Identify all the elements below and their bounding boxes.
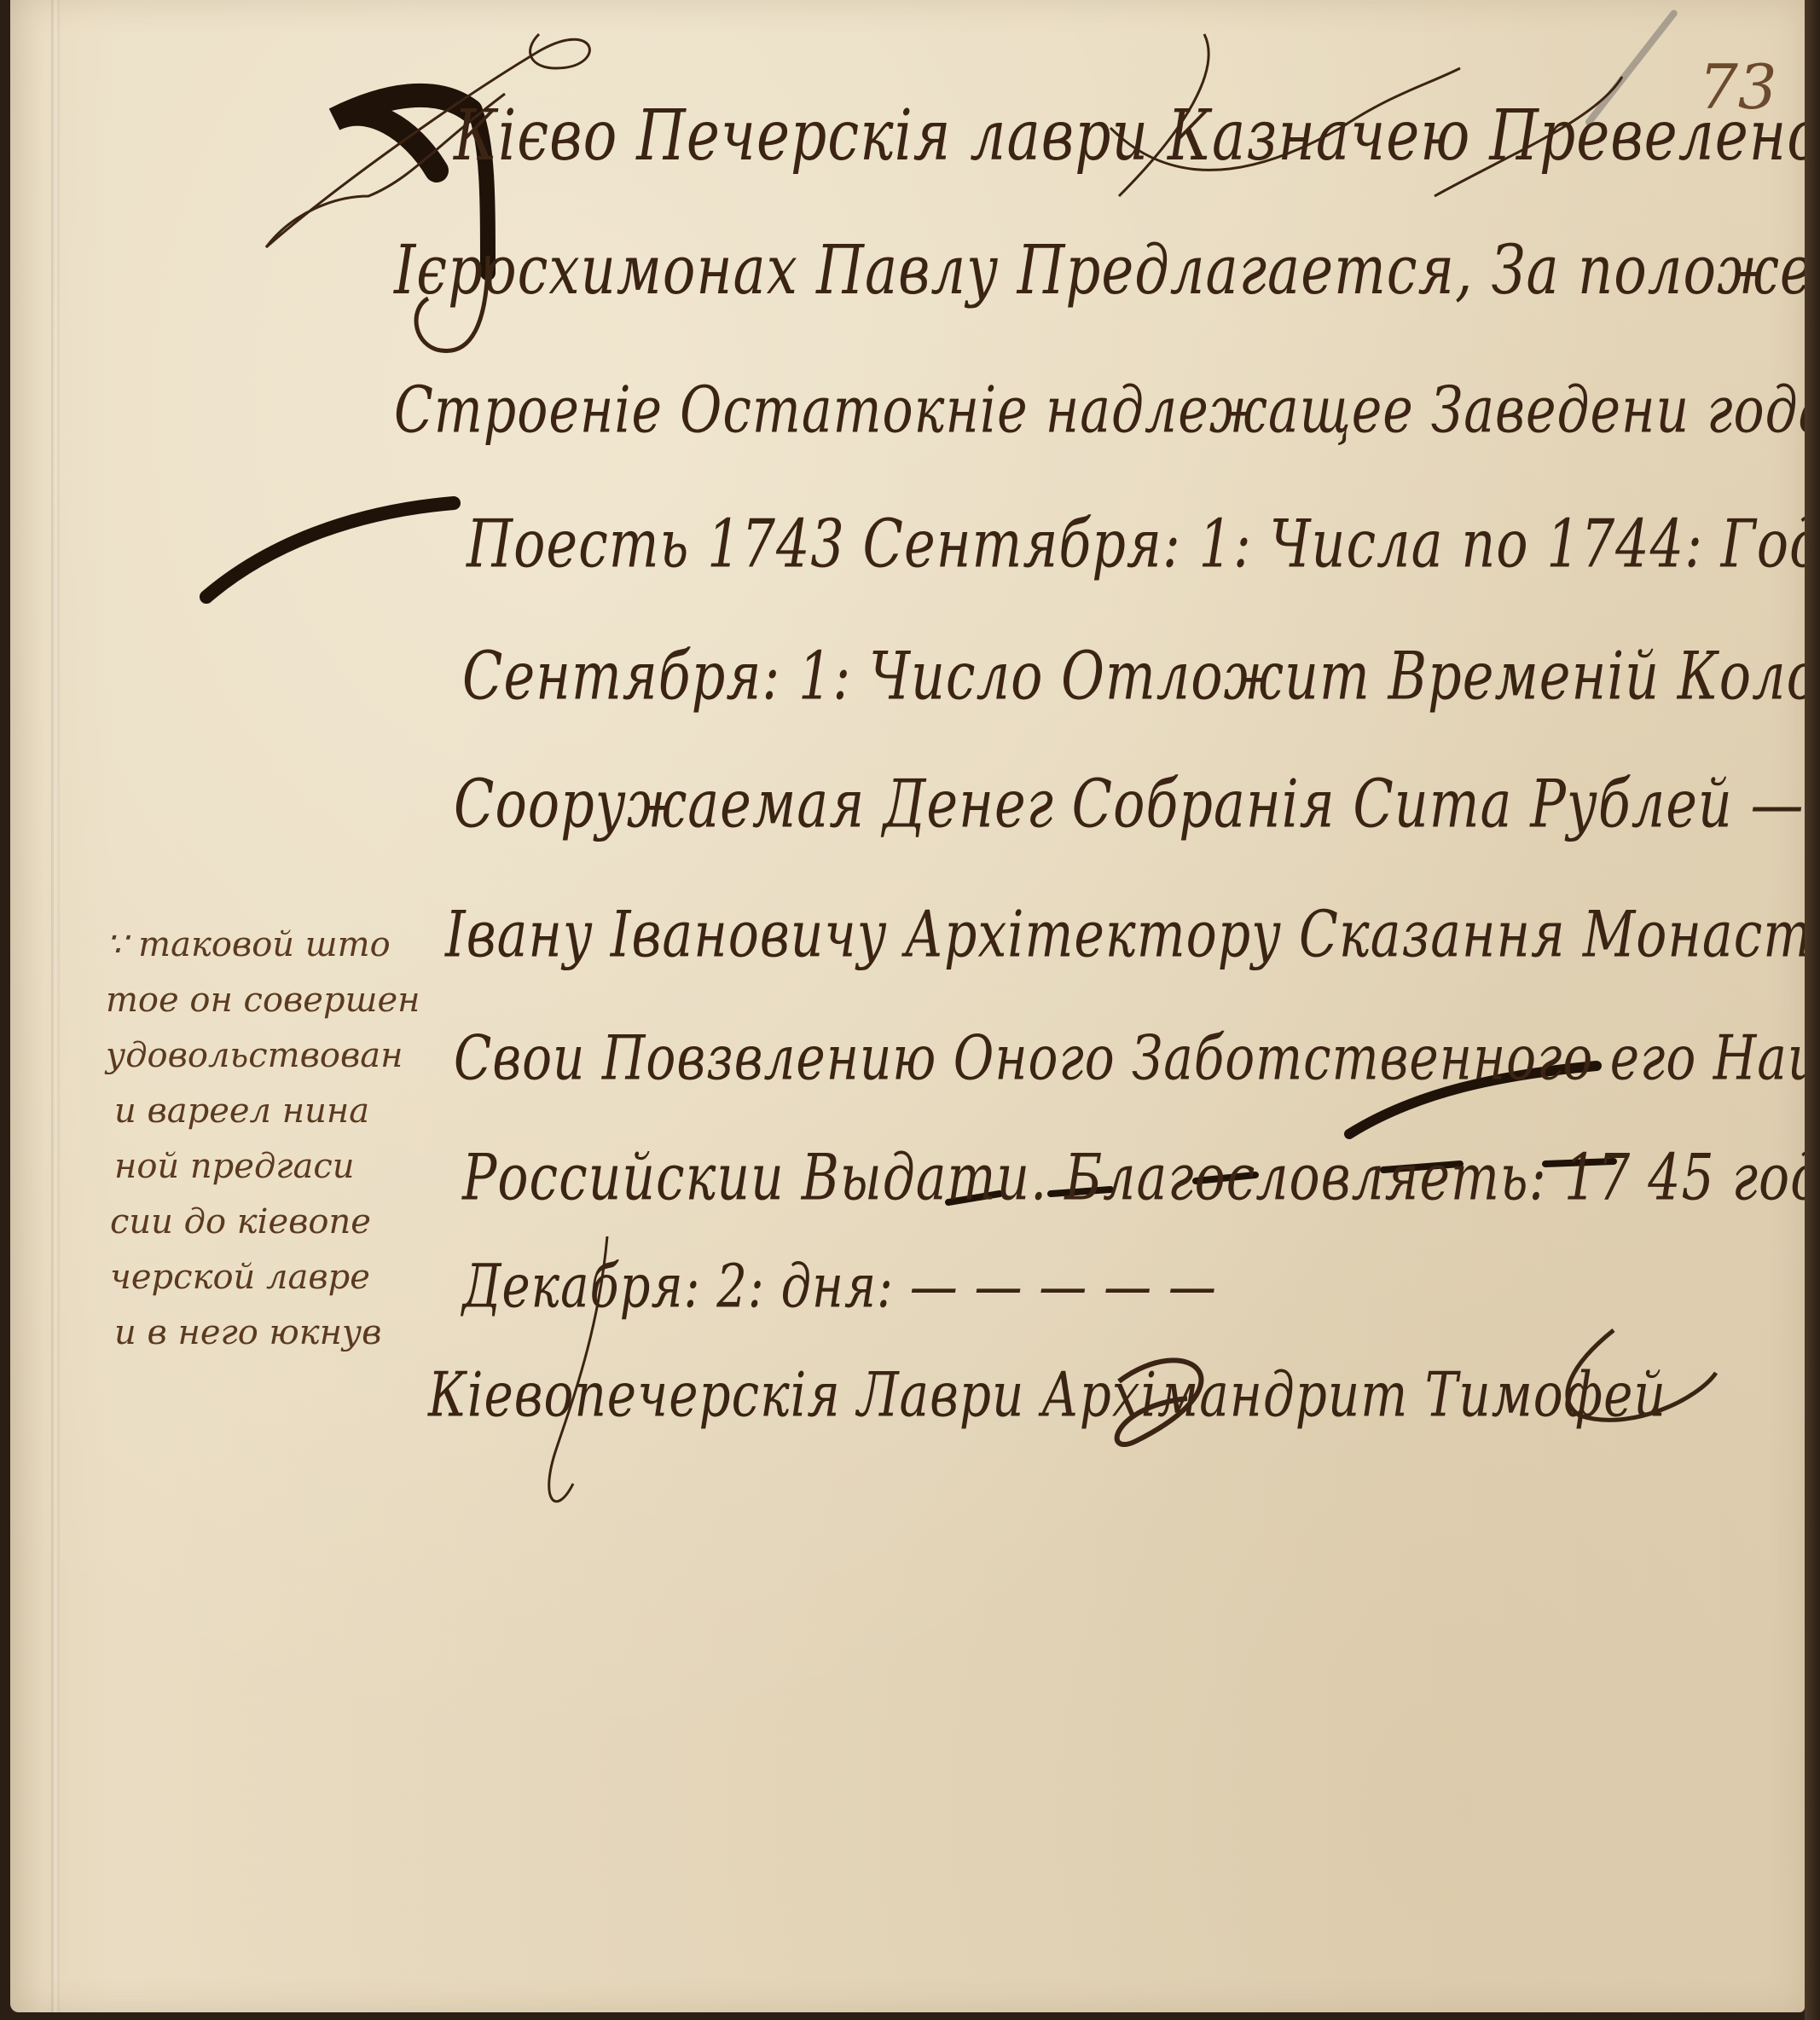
margin-line-8: и в него юкнув <box>114 1313 381 1352</box>
text-line-3: Строеніе Остатокніе надлежащее Заведени … <box>394 373 1820 449</box>
margin-line-3: удовольствован <box>106 1036 403 1075</box>
margin-line-6: сии до кіевопе <box>110 1202 371 1242</box>
margin-line-5: ной предгаси <box>114 1147 355 1186</box>
manuscript-page: 73 Кієво Печерскія лаври Казначею Превел… <box>10 0 1805 2012</box>
signature-line: Кіевопечерскія Лаври Архімандрит Тимофей <box>428 1358 1666 1431</box>
binding-gutter <box>51 0 60 2012</box>
text-line-4: Поесть 1743 Сентября: 1: Числа по 1744: … <box>467 505 1820 582</box>
text-line-2: Ієросхимонах Павлу Предлагается, За поло… <box>394 232 1820 311</box>
text-line-5: Сентября: 1: Число Отложит Временій Коло… <box>462 637 1820 715</box>
margin-line-7: черской лавре <box>110 1258 370 1297</box>
page-right-edge <box>1805 0 1820 2020</box>
text-line-1: Кієво Печерскія лаври Казначею Превелено… <box>454 95 1820 177</box>
margin-line-2: тое он совершен <box>106 981 420 1020</box>
text-line-6: Сооружаемая Денег Собранія Сита Рублей — <box>454 765 1805 842</box>
text-line-8: Свои Повзвлению Оного Заботственного его… <box>454 1022 1820 1094</box>
margin-line-1: ∵ таковой што <box>106 925 391 964</box>
text-line-7: Івану Івановичу Архітектору Сказання Мон… <box>445 898 1820 973</box>
text-line-10-date: Декабря: 2: дня: — — — — — <box>462 1253 1217 1322</box>
text-line-9: Российскии Выдати. Благословляеть: 17 45… <box>462 1141 1820 1216</box>
margin-line-4: и вареел нина <box>114 1091 369 1131</box>
